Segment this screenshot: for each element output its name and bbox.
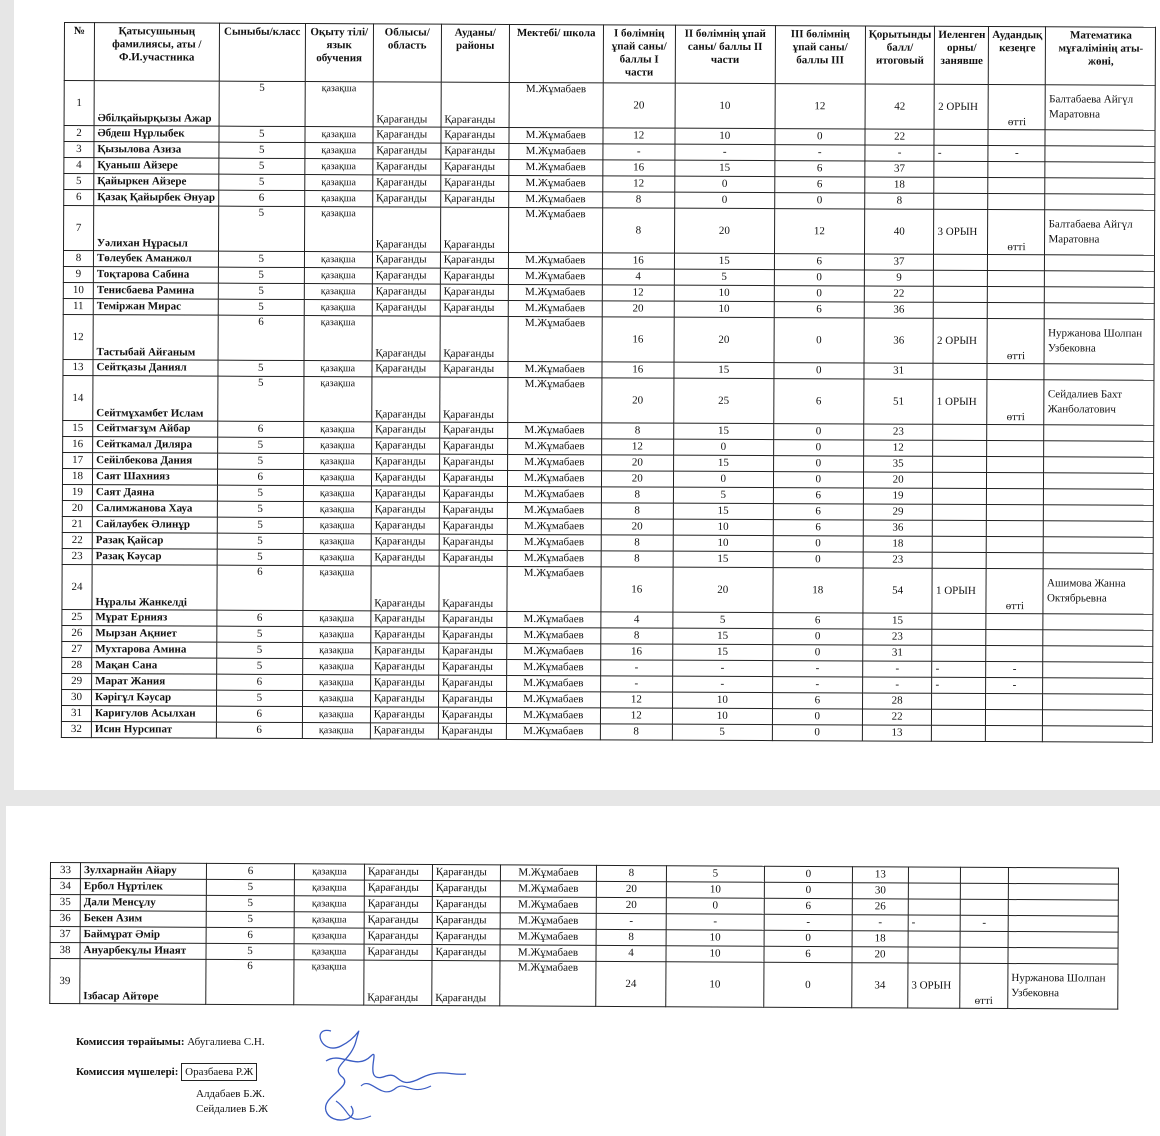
district: Қарағанды (432, 897, 500, 913)
teacher-name (1043, 630, 1153, 646)
participant-name: Мырзан Ақниет (92, 626, 217, 643)
school: М.Жұмабаев (507, 550, 601, 566)
teacher-name (1045, 303, 1155, 319)
header-part1: I бөлімнің ұпай саны/ баллы I части (603, 25, 675, 83)
total-score: 31 (864, 363, 934, 379)
district-stage-status (960, 867, 1008, 883)
row-number: 2 (64, 126, 94, 142)
district-stage-status: өтті (988, 210, 1045, 255)
district-stage-status: - (960, 915, 1008, 931)
place: - (932, 677, 986, 693)
grade: 5 (217, 437, 303, 453)
row-number: 4 (64, 158, 94, 174)
part1-score: 8 (601, 487, 673, 503)
place (934, 129, 988, 145)
teacher-name (1045, 287, 1155, 303)
part2-score: 10 (674, 301, 774, 317)
part1-score: 4 (602, 269, 674, 285)
district-stage-status: өтті (987, 319, 1044, 364)
grade: 6 (217, 421, 303, 437)
school: М.Жұмабаев (507, 627, 601, 643)
part2-score: 15 (674, 253, 774, 269)
participant-name: Әбдеш Нұрлыбек (94, 126, 219, 143)
language: қазақша (304, 207, 372, 252)
results-table-page-1: № Қатысушының фамилиясы, аты /Ф.И.участн… (61, 22, 1157, 743)
part3-score: 0 (773, 536, 863, 552)
district-stage-status (987, 473, 1044, 489)
grade: 6 (217, 610, 303, 626)
participant-name: Қуаныш Айзере (94, 158, 219, 175)
region: Қарағанды (371, 438, 439, 454)
table-row: 24Нұралы Жанкелді6қазақшаҚарағандыҚараға… (62, 564, 1154, 614)
teacher-name: Нуржанова Шолпан Узбековна (1044, 319, 1154, 364)
teacher-name (1044, 457, 1154, 473)
district: Қарағанды (432, 865, 500, 881)
district: Қарағанды (440, 268, 508, 284)
part1-score: - (603, 144, 675, 160)
part2-score: 0 (673, 439, 773, 455)
part3-score: 0 (773, 629, 863, 645)
language: қазақша (304, 268, 372, 284)
row-number: 25 (62, 609, 92, 625)
total-score: 23 (863, 552, 933, 568)
district: Қарағанды (439, 518, 507, 534)
row-number: 26 (62, 625, 92, 641)
district-stage-status (986, 646, 1043, 662)
place: - (932, 661, 986, 677)
total-score: 18 (852, 931, 908, 947)
district-stage-status (960, 947, 1008, 963)
row-number: 14 (63, 375, 93, 420)
school: М.Жұмабаев (500, 929, 596, 946)
language: қазақша (304, 361, 372, 377)
teacher-name (1043, 694, 1153, 710)
teacher-name (1045, 271, 1155, 287)
participant-name: Уәлихан Нұрасыл (94, 206, 219, 252)
part2-score: 0 (673, 471, 773, 487)
part1-score: 20 (601, 471, 673, 487)
language: қазақша (302, 659, 370, 675)
place: - (934, 145, 988, 161)
teacher-name (1045, 146, 1155, 162)
district: Қарағанды (439, 502, 507, 518)
language: қазақша (303, 534, 371, 550)
row-number: 22 (62, 532, 92, 548)
teacher-name (1045, 178, 1155, 194)
place: 3 ОРЫН (908, 963, 960, 1008)
total-score: 36 (863, 520, 933, 536)
language: қазақша (303, 566, 371, 611)
place (932, 645, 986, 661)
region: Қарағанды (372, 284, 440, 300)
place (933, 536, 987, 552)
part1-score: 16 (602, 253, 674, 269)
part2-score: 10 (674, 285, 774, 301)
part1-score: 8 (602, 192, 674, 208)
language: қазақша (294, 864, 364, 880)
participant-name: Сайлаубек Әлинұр (92, 517, 217, 534)
region: Қарағанды (364, 928, 432, 944)
participant-name: Теміржан Мирас (93, 299, 218, 316)
part3-score: - (775, 145, 865, 161)
part2-score: 10 (673, 535, 773, 551)
total-score: 20 (852, 947, 908, 963)
place: 3 ОРЫН (934, 209, 988, 254)
district: Қарағанды (439, 454, 507, 470)
row-number: 8 (63, 251, 93, 267)
teacher-name (1043, 710, 1153, 726)
language: қазақша (303, 486, 371, 502)
row-number: 15 (63, 420, 93, 436)
total-score: 12 (863, 440, 933, 456)
place (934, 177, 988, 193)
place (934, 193, 988, 209)
region: Қарағанды (370, 723, 438, 739)
row-number: 31 (61, 705, 91, 721)
row-number: 37 (50, 927, 80, 943)
results-table-page-2: 33Зулхарнайн Айару6қазақшаҚарағандыҚарағ… (49, 862, 1119, 1010)
district-stage-status (987, 425, 1044, 441)
participant-name: Исин Нурсипат (91, 722, 216, 739)
place: 2 ОРЫН (933, 318, 987, 363)
district: Қарағанды (440, 191, 508, 207)
part1-score: 12 (603, 176, 675, 192)
school: М.Жұмабаев (507, 502, 601, 518)
district: Қарағанды (439, 470, 507, 486)
part2-score: 15 (673, 423, 773, 439)
participant-name: Разақ Кәусар (92, 549, 217, 566)
place (932, 725, 986, 741)
grade: 5 (218, 206, 304, 251)
part2-score: 15 (673, 503, 773, 519)
place (934, 302, 988, 318)
part3-score: 0 (773, 552, 863, 568)
row-number: 11 (63, 298, 93, 314)
district-stage-status (988, 178, 1045, 194)
place (908, 899, 960, 915)
part1-score: 8 (602, 208, 674, 253)
district: Қарағанды (438, 659, 506, 675)
part2-score: 10 (675, 128, 775, 144)
place (934, 286, 988, 302)
teacher-name (1044, 364, 1154, 380)
teacher-name (1008, 948, 1118, 965)
total-score: - (852, 915, 908, 931)
teacher-name (1008, 932, 1118, 949)
participant-name: Каригулов Асылхан (91, 706, 216, 723)
district-stage-status (988, 255, 1045, 271)
language: қазақша (303, 438, 371, 454)
total-score: 20 (863, 472, 933, 488)
district-stage-status (987, 537, 1044, 553)
district: Қарағанды (441, 143, 509, 159)
language: қазақша (304, 316, 372, 361)
participant-name: Тастыбай Айғаным (93, 315, 218, 361)
part1-score: 4 (596, 945, 666, 961)
district: Қарағанды (440, 284, 508, 300)
part2-score: 0 (675, 176, 775, 192)
part1-score: 20 (603, 83, 675, 128)
part1-score: 8 (596, 929, 666, 945)
place (908, 867, 960, 883)
total-score: 30 (852, 883, 908, 899)
part3-score: 0 (774, 318, 864, 363)
language: қазақша (304, 252, 372, 268)
school: М.Жұмабаев (500, 945, 596, 962)
place (934, 254, 988, 270)
member-name: Сейдалиев Б.Ж (196, 1103, 268, 1115)
grade: 5 (219, 174, 305, 190)
total-score: 18 (863, 536, 933, 552)
table-row: 14Сейтмұхамбет Ислам5қазақшаҚарағандыҚар… (63, 375, 1155, 425)
district: Қарағанды (439, 486, 507, 502)
place: 1 ОРЫН (933, 379, 987, 424)
participant-name: Разақ Қайсар (92, 533, 217, 550)
participant-name: Ізбасар Айтөре (80, 959, 206, 1005)
school: М.Жұмабаев (508, 361, 602, 377)
teacher-name (1043, 678, 1153, 694)
district: Қарағанды (432, 881, 500, 897)
participant-name: Марат Жания (92, 674, 217, 691)
part2-score: 15 (673, 551, 773, 567)
region: Қарағанды (371, 518, 439, 534)
language: қазақша (303, 502, 371, 518)
school: М.Жұмабаев (508, 191, 602, 207)
district: Қарағанды (440, 377, 508, 422)
part1-score: 20 (601, 519, 673, 535)
part1-score: 8 (601, 551, 673, 567)
language: қазақша (305, 143, 373, 159)
place (933, 472, 987, 488)
header-region: Облысы/ область (373, 24, 441, 82)
part1-score: 20 (601, 455, 673, 471)
region: Қарағанды (371, 550, 439, 566)
place (933, 552, 987, 568)
header-district: Ауданы/ районы (441, 24, 509, 82)
district: Қарағанды (440, 300, 508, 316)
part3-score: 0 (773, 424, 863, 440)
row-number: 9 (63, 266, 93, 282)
district-stage-status (988, 287, 1045, 303)
header-grade: Сыныбы/класс (219, 23, 305, 81)
total-score: 40 (864, 209, 934, 254)
row-number: 34 (50, 879, 80, 895)
district-stage-status (960, 931, 1008, 947)
school: М.Жұмабаев (506, 659, 600, 675)
teacher-name: Ашимова Жанна Октябрьевна (1043, 569, 1153, 614)
part2-score: - (666, 914, 764, 931)
region: Қарағанды (364, 960, 432, 1005)
part1-score: 12 (600, 708, 672, 724)
grade: 6 (217, 565, 303, 610)
grade: 6 (217, 469, 303, 485)
total-score: 13 (862, 725, 932, 741)
participant-name: Қазақ Қайырбек Әнуар (94, 190, 219, 207)
school: М.Жұмабаев (500, 913, 596, 930)
district: Қарағанды (432, 913, 500, 929)
region: Қарағанды (373, 143, 441, 159)
language: қазақша (304, 191, 372, 207)
total-score: 26 (852, 899, 908, 915)
language: қазақша (302, 723, 370, 739)
teacher-name (1043, 614, 1153, 630)
place (908, 931, 960, 947)
grade: 5 (217, 485, 303, 501)
district: Қарағанды (439, 534, 507, 550)
grade: 6 (206, 927, 294, 943)
row-number: 18 (62, 468, 92, 484)
school: М.Жұмабаев (506, 723, 600, 739)
participant-name: Қайыркен Айзере (94, 174, 219, 191)
teacher-name (1008, 884, 1118, 901)
school: М.Жұмабаев (507, 566, 601, 611)
part3-score: 6 (774, 379, 864, 424)
grade: 5 (216, 690, 302, 706)
place: 2 ОРЫН (934, 84, 988, 129)
grade: 5 (217, 533, 303, 549)
total-score: 31 (863, 645, 933, 661)
district-stage-status (986, 553, 1043, 569)
scanned-page-2: 33Зулхарнайн Айару6қазақшаҚарағандыҚарағ… (6, 806, 1160, 1136)
part3-score: 6 (773, 613, 863, 629)
place (934, 270, 988, 286)
district-stage-status: - (986, 678, 1043, 694)
part3-score: 0 (772, 709, 862, 725)
row-number: 5 (64, 174, 94, 190)
district: Қарағанды (440, 207, 508, 252)
part1-score: 8 (601, 535, 673, 551)
region: Қарағанды (372, 268, 440, 284)
school: М.Жұмабаев (500, 897, 596, 914)
row-number: 39 (50, 959, 80, 1004)
header-teacher: Математика мұғалімінің аты-жөні, (1046, 27, 1156, 85)
member-name: Оразбаева Р.Ж (181, 1063, 257, 1081)
teacher-name (1043, 662, 1153, 678)
chair-name: Абугалиева С.Н. (187, 1036, 264, 1048)
participant-name: Мақан Сана (92, 658, 217, 675)
part3-score: 6 (764, 946, 852, 962)
part3-score: 0 (773, 440, 863, 456)
region: Қарағанды (373, 127, 441, 143)
language: қазақша (294, 960, 364, 1005)
region: Қарағанды (371, 454, 439, 470)
part1-score: 4 (601, 612, 673, 628)
school: М.Жұмабаев (508, 377, 602, 422)
part2-score: 10 (666, 946, 764, 963)
total-score: 22 (864, 286, 934, 302)
part3-score: 0 (774, 363, 864, 379)
part3-score: 0 (773, 456, 863, 472)
part3-score: 12 (775, 84, 865, 129)
part1-score: 12 (603, 128, 675, 144)
member-name: Алдабаев Б.Ж. (196, 1088, 265, 1100)
school: М.Жұмабаев (507, 454, 601, 470)
part2-score: 10 (672, 692, 772, 708)
place (933, 520, 987, 536)
part1-score: 12 (601, 439, 673, 455)
participant-name: Салимжанова Хауа (92, 501, 217, 518)
teacher-name (1044, 473, 1154, 489)
school: М.Жұмабаев (508, 252, 602, 268)
region: Қарағанды (370, 707, 438, 723)
language: қазақша (294, 912, 364, 928)
participant-name: Ербол Нұртілек (80, 879, 206, 896)
teacher-name (1043, 726, 1153, 742)
part2-score: 20 (673, 567, 773, 612)
language: қазақша (304, 284, 372, 300)
part3-score: - (764, 914, 852, 930)
district-stage-status: өтті (960, 963, 1008, 1008)
grade: 5 (219, 81, 305, 126)
language: қазақша (302, 707, 370, 723)
part3-score: 6 (764, 898, 852, 914)
participant-name: Сейтмұхамбет Ислам (93, 376, 218, 422)
header-district-stage: Аудандық кезеңге (989, 27, 1046, 85)
part2-score: 10 (675, 83, 775, 128)
grade: 5 (217, 517, 303, 533)
total-score: 35 (863, 456, 933, 472)
language: қазақша (305, 175, 373, 191)
place: - (908, 915, 960, 931)
language: қазақша (303, 643, 371, 659)
school: М.Жұмабаев (507, 518, 601, 534)
district: Қарағанды (438, 707, 506, 723)
district: Қарағанды (439, 643, 507, 659)
participant-name: Төлеубек Аманжол (93, 251, 218, 268)
part1-score: 24 (596, 961, 666, 1006)
part2-score: 10 (666, 882, 764, 899)
school: М.Жұмабаев (507, 534, 601, 550)
grade: 6 (216, 706, 302, 722)
participant-name: Нұралы Жанкелді (92, 565, 217, 611)
part3-score: 0 (774, 193, 864, 209)
region: Қарағанды (371, 627, 439, 643)
district-stage-status: өтті (987, 380, 1044, 425)
teacher-name (1043, 646, 1153, 662)
language: қазақша (294, 896, 364, 912)
place (908, 883, 960, 899)
language: қазақша (294, 944, 364, 960)
school: М.Жұмабаев (507, 470, 601, 486)
district-stage-status (986, 630, 1043, 646)
part2-score: 15 (673, 628, 773, 644)
district: Қарағанды (432, 945, 500, 961)
district-stage-status (986, 694, 1043, 710)
part2-score: 10 (666, 962, 764, 1008)
region: Қарағанды (364, 912, 432, 928)
teacher-name: Нуржанова Шолпан Узбековна (1008, 964, 1118, 1010)
participant-name: Тенисбаева Рамина (93, 283, 218, 300)
part3-score: - (772, 661, 862, 677)
part3-score: 6 (774, 254, 864, 270)
district: Қарағанды (441, 159, 509, 175)
row-number: 28 (62, 657, 92, 673)
region: Қарағанды (372, 361, 440, 377)
total-score: 18 (865, 177, 935, 193)
region: Қарағанды (372, 191, 440, 207)
school: М.Жұмабаев (507, 486, 601, 502)
table-header-row: № Қатысушының фамилиясы, аты /Ф.И.участн… (64, 23, 1156, 86)
place (933, 488, 987, 504)
language: қазақша (305, 127, 373, 143)
participant-name: Сейтқазы Даниял (93, 360, 218, 377)
header-no: № (64, 23, 94, 81)
region: Қарағанды (372, 300, 440, 316)
district-stage-status (988, 162, 1045, 178)
part1-score: - (600, 676, 672, 692)
part2-score: - (672, 676, 772, 692)
region: Қарағанды (371, 422, 439, 438)
